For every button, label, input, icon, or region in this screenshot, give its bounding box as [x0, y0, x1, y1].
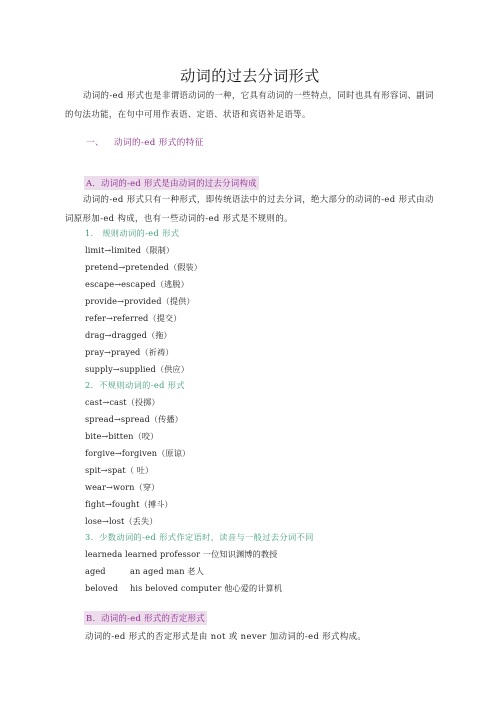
list-item: drag→dragged（拖）	[85, 328, 172, 342]
list-item: bite→bitten（咬）	[85, 429, 158, 443]
list-item: provide→provided（提供）	[85, 294, 195, 308]
list-item: forgive→forgiven（原谅）	[85, 446, 190, 460]
irregular-forms-heading: 2．不规则动词的-ed 形式	[85, 378, 185, 392]
example-phrase: a learned professor 一位知识渊博的教授	[117, 547, 277, 561]
example-phrase: an aged man 老人	[130, 564, 204, 578]
section-1-title: 动词的-ed 形式的特征	[114, 138, 204, 148]
example-word: aged	[85, 564, 130, 578]
document-page: 动词的过去分词形式 动词的-ed 形式也是非谓语动词的一种，它具有动词的一些特点…	[0, 0, 500, 707]
list-item: spit→spat（ 吐）	[85, 463, 153, 477]
intro-paragraph: 动词的-ed 形式也是非谓语动词的一种，它具有动词的一些特点，同时也具有形容词、…	[65, 86, 435, 124]
regular-forms-heading: 1． 规则动词的-ed 形式	[85, 226, 179, 240]
list-item: lose→lost（丢失）	[85, 514, 158, 528]
section-1-number: 一、	[86, 138, 104, 148]
subsection-a-body: 动词的-ed 形式只有一种形式，即传统语法中的过去分词，绝大部分的动词的-ed …	[65, 190, 435, 228]
list-item: refer→referred（提交）	[85, 311, 182, 325]
example-word: beloved	[85, 581, 130, 595]
list-item: escape→escaped（逃脱）	[85, 277, 189, 291]
section-1-heading: 一、动词的-ed 形式的特征	[86, 136, 204, 148]
list-item: cast→cast（投掷）	[85, 395, 160, 409]
list-item: pretend→pretended（假装）	[85, 260, 202, 274]
subsection-a-heading: A．动词的-ed 形式是由动词的过去分词构成	[84, 176, 259, 190]
pronunciation-heading: 3．少数动词的-ed 形式作定语时，读音与一般过去分词不同	[85, 530, 314, 544]
example-row: agedan aged man 老人	[85, 564, 204, 578]
subsection-b-heading: B．动词的-ed 形式的否定形式	[84, 611, 207, 625]
subsection-b-body: 动词的-ed 形式的否定形式是由 not 或 never 加动词的-ed 形式构…	[65, 627, 435, 646]
list-item: limit→limited（限制）	[85, 243, 174, 257]
list-item: supply→supplied（供应）	[85, 362, 189, 376]
example-row: learneda learned professor 一位知识渊博的教授	[85, 547, 277, 561]
example-word: learned	[85, 549, 117, 559]
list-item: spread→spread（传播）	[85, 412, 183, 426]
list-item: pray→prayed（祈祷）	[85, 345, 174, 359]
list-item: fight→fought（搏斗）	[85, 497, 173, 511]
example-phrase: his beloved computer 他心爱的计算机	[130, 581, 282, 595]
list-item: wear→worn（穿）	[85, 480, 159, 494]
example-row: belovedhis beloved computer 他心爱的计算机	[85, 581, 282, 595]
document-title: 动词的过去分词形式	[0, 65, 500, 86]
